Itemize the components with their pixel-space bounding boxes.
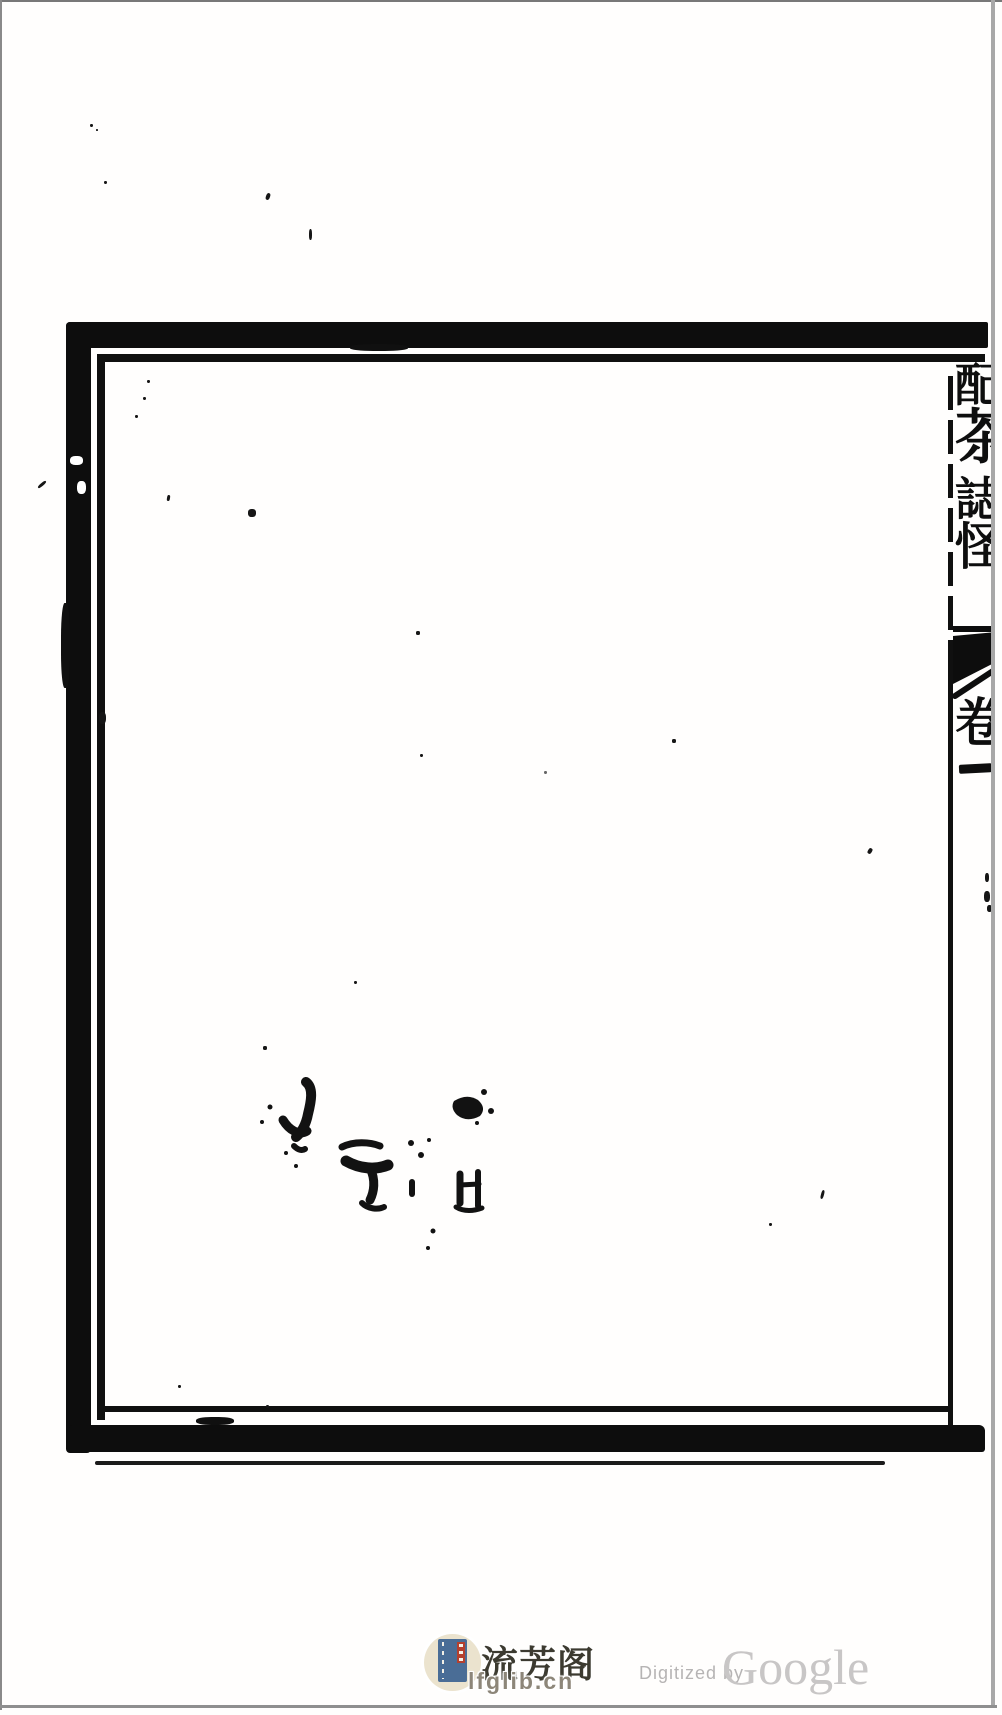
- spine-title-glyph-2: 茶: [955, 408, 995, 468]
- scanned-page: 配 茶 誌 怪 卷: [0, 0, 1002, 1715]
- ink-speck: [99, 712, 106, 724]
- book-label-text-dots: [459, 1644, 463, 1661]
- scan-left-edge: [0, 0, 2, 1710]
- frame-inner-top-line: [97, 354, 985, 362]
- ink-speck: [820, 1190, 825, 1199]
- ink-speck: [196, 1417, 234, 1425]
- frame-top-border: [66, 322, 988, 348]
- book-stitch-icon: [442, 1642, 444, 1679]
- ink-speck: [90, 124, 93, 127]
- ink-speck: [350, 344, 408, 351]
- scan-edge-line: [991, 0, 995, 1706]
- ink-speck: [70, 456, 83, 465]
- frame-bottom-border: [69, 1425, 985, 1452]
- ink-speck: [420, 754, 423, 757]
- ink-speck: [143, 397, 146, 400]
- frame-inner-left-line: [97, 354, 105, 1420]
- book-icon: [438, 1639, 467, 1682]
- spine-column: 配 茶 誌 怪 卷: [953, 356, 995, 916]
- ink-speck: [416, 631, 420, 635]
- scan-top-edge: [0, 0, 1002, 2]
- ink-speck: [178, 1385, 181, 1388]
- library-domain-watermark: lfglib.cn: [468, 1668, 574, 1695]
- ink-speck: [77, 481, 86, 494]
- ink-speck: [985, 873, 989, 882]
- ink-speck: [263, 1046, 267, 1050]
- frame-inner-bottom-line: [102, 1406, 948, 1412]
- ink-speck: [265, 193, 271, 201]
- ink-speck: [147, 380, 150, 383]
- spine-volume-number-one-glyph: [959, 763, 992, 774]
- spine-title-glyph-1: 配: [955, 362, 995, 408]
- ink-speck: [984, 891, 990, 902]
- ink-speck: [135, 415, 138, 418]
- spine-title-glyph-4: 怪: [955, 522, 995, 572]
- ink-speck: [104, 181, 107, 184]
- ink-speck: [309, 229, 312, 240]
- ink-smudges: [250, 970, 510, 1270]
- spine-volume-glyph: 卷: [955, 698, 995, 750]
- ink-speck: [167, 495, 171, 501]
- ink-speck: [672, 739, 676, 743]
- scan-bottom-rule: [0, 1705, 997, 1708]
- ink-speck: [354, 981, 357, 984]
- spine-title-glyph-3: 誌: [955, 476, 995, 522]
- ink-speck: [61, 603, 70, 688]
- ink-speck: [867, 847, 873, 854]
- ink-speck: [544, 771, 547, 774]
- frame-bottom-shadow-line: [95, 1461, 885, 1465]
- ink-speck: [96, 129, 98, 131]
- ink-speck: [266, 1405, 269, 1408]
- ink-speck: [248, 509, 256, 517]
- ink-speck: [769, 1223, 772, 1226]
- book-title-label-icon: [457, 1642, 465, 1663]
- google-wordmark: Google: [722, 1638, 869, 1696]
- ink-speck: [37, 480, 47, 489]
